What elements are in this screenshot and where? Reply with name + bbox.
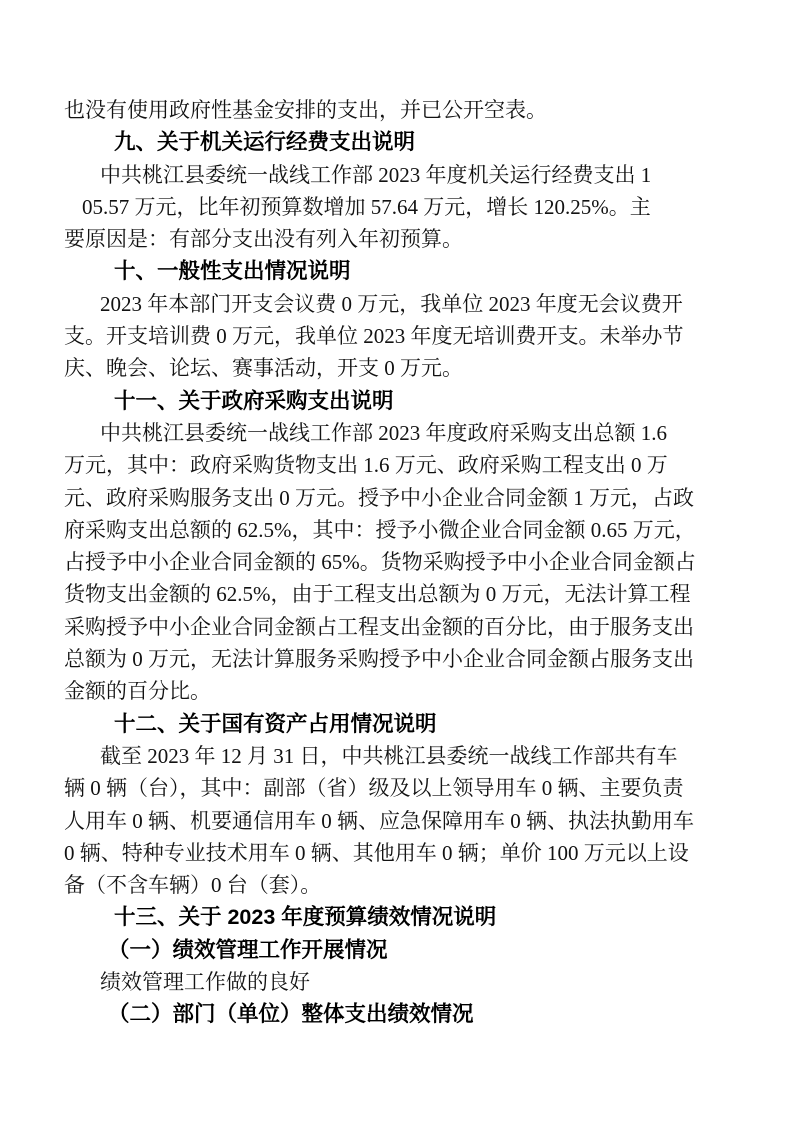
paragraph-line: 金额的百分比。 xyxy=(64,675,735,707)
paragraph-line: 2023 年本部门开支会议费 0 万元，我单位 2023 年度无会议费开 xyxy=(64,288,735,320)
paragraph-line: 总额为 0 万元，无法计算服务采购授予中小企业合同金额占服务支出 xyxy=(64,643,735,675)
heading-section-11: 十一、关于政府采购支出说明 xyxy=(64,385,735,417)
paragraph-line: 中共桃江县委统一战线工作部 2023 年度机关运行经费支出 1 xyxy=(64,159,735,191)
paragraph-line: 绩效管理工作做的良好 xyxy=(64,966,735,998)
paragraph-line: 元、政府采购服务支出 0 万元。授予中小企业合同金额 1 万元，占政 xyxy=(64,482,735,514)
heading-section-10: 十、一般性支出情况说明 xyxy=(64,255,735,287)
subheading-1: （一）绩效管理工作开展情况 xyxy=(64,934,735,966)
paragraph-line: 辆 0 辆（台），其中：副部（省）级及以上领导用车 0 辆、主要负责 xyxy=(64,772,735,804)
paragraph-line: 备（不含车辆）0 台（套）。 xyxy=(64,869,735,901)
heading-section-9: 九、关于机关运行经费支出说明 xyxy=(64,126,735,158)
paragraph-line: 支。开支培训费 0 万元，我单位 2023 年度无培训费开支。未举办节 xyxy=(64,320,735,352)
heading-section-13: 十三、关于 2023 年度预算绩效情况说明 xyxy=(64,901,735,933)
paragraph-line: 截至 2023 年 12 月 31 日，中共桃江县委统一战线工作部共有车 xyxy=(64,740,735,772)
paragraph-line: 要原因是：有部分支出没有列入年初预算。 xyxy=(64,223,735,255)
paragraph-line: 占授予中小企业合同金额的 65%。货物采购授予中小企业合同金额占 xyxy=(64,546,735,578)
paragraph-line: 采购授予中小企业合同金额占工程支出金额的百分比，由于服务支出 xyxy=(64,611,735,643)
heading-section-12: 十二、关于国有资产占用情况说明 xyxy=(64,708,735,740)
paragraph-line: 中共桃江县委统一战线工作部 2023 年度政府采购支出总额 1.6 xyxy=(64,417,735,449)
paragraph-line: 货物支出金额的 62.5%，由于工程支出总额为 0 万元，无法计算工程 xyxy=(64,578,735,610)
paragraph-line: 05.57 万元，比年初预算数增加 57.64 万元，增长 120.25%。主 xyxy=(64,191,735,223)
document-page: 也没有使用政府性基金安排的支出，并已公开空表。 九、关于机关运行经费支出说明 中… xyxy=(0,0,793,1122)
paragraph-line: 万元，其中：政府采购货物支出 1.6 万元、政府采购工程支出 0 万 xyxy=(64,449,735,481)
paragraph-line: 0 辆、特种专业技术用车 0 辆、其他用车 0 辆；单价 100 万元以上设 xyxy=(64,837,735,869)
paragraph-line: 也没有使用政府性基金安排的支出，并已公开空表。 xyxy=(64,94,735,126)
subheading-2: （二）部门（单位）整体支出绩效情况 xyxy=(64,998,735,1030)
paragraph-line: 府采购支出总额的 62.5%，其中：授予小微企业合同金额 0.65 万元， xyxy=(64,514,735,546)
paragraph-line: 庆、晚会、论坛、赛事活动，开支 0 万元。 xyxy=(64,352,735,384)
paragraph-line: 人用车 0 辆、机要通信用车 0 辆、应急保障用车 0 辆、执法执勤用车 xyxy=(64,805,735,837)
